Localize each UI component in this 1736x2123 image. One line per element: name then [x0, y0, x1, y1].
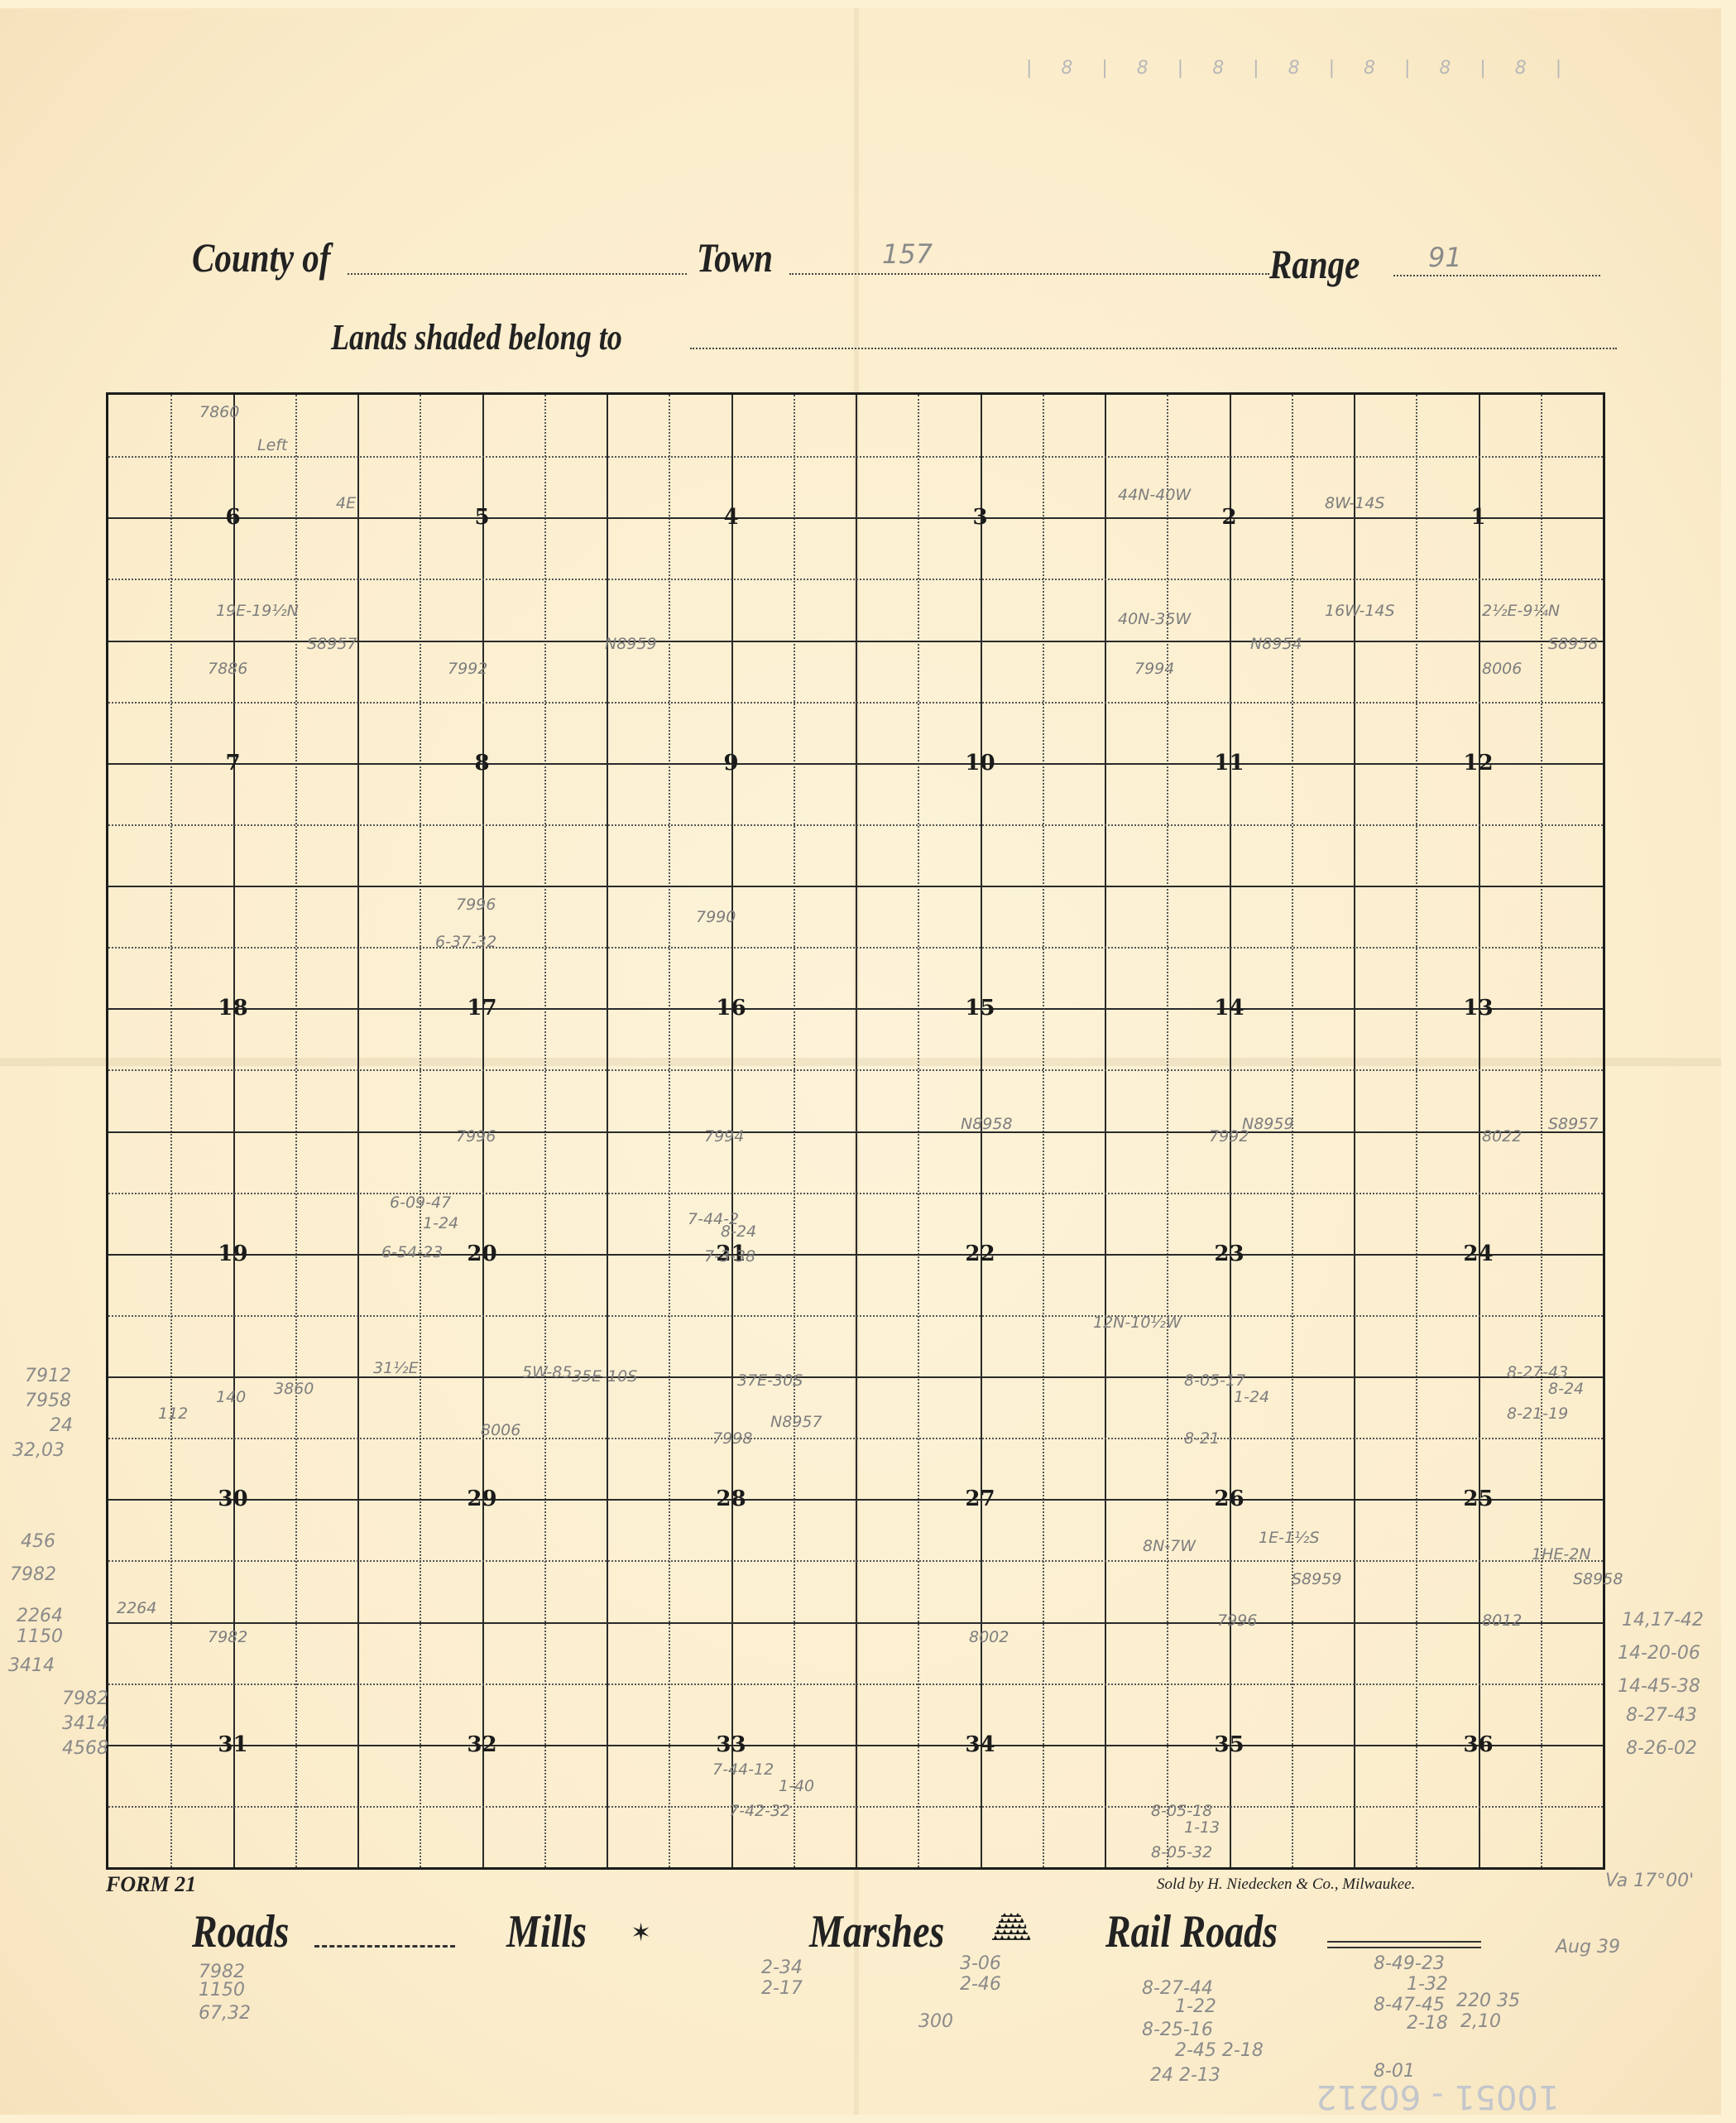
section-number[interactable]: 27 [965, 1487, 995, 1511]
pencil-annotation: 24 2-13 [1150, 2065, 1220, 2086]
section-number[interactable]: 13 [1463, 996, 1493, 1021]
pencil-annotation: 7958 [25, 1391, 71, 1411]
pencil-annotation: S8958 [1573, 1570, 1623, 1588]
town-label: Town [697, 233, 773, 281]
pencil-annotation: 7982 [208, 1628, 247, 1646]
pencil-annotation: 44N-40W [1118, 486, 1191, 504]
pencil-annotation: 67,32 [199, 2003, 251, 2024]
pencil-annotation: Aug 39 [1556, 1937, 1620, 1957]
pencil-annotation: 220 35 [1456, 1991, 1520, 2011]
pencil-annotation: 8-25-16 [1142, 2020, 1213, 2040]
pencil-annotation: 1-22 [1175, 1996, 1216, 2017]
pencil-annotation: 2,10 [1460, 2011, 1501, 2032]
pencil-annotation: 37E-30S [737, 1371, 803, 1390]
pencil-annotation: 7-3-38 [704, 1247, 755, 1266]
section-number[interactable]: 7 [225, 751, 240, 776]
pencil-annotation: 7990 [696, 908, 736, 926]
section-number[interactable]: 4 [723, 505, 738, 530]
archive-stamp: 10051 - 60212 [1316, 2077, 1559, 2116]
publisher-credit: Sold by H. Niedecken & Co., Milwaukee. [1157, 1876, 1415, 1894]
pencil-annotation: 2-46 [960, 1974, 1001, 1995]
pencil-annotation: 2264 [117, 1599, 156, 1617]
lands-shaded-label: Lands shaded belong to [331, 316, 622, 358]
pencil-annotation: 7-44-12 [712, 1760, 774, 1779]
pencil-annotation: 1150 [17, 1626, 63, 1647]
marsh-symbol-icon [991, 1911, 1031, 1944]
pencil-annotation: 456 [21, 1531, 55, 1552]
section-number[interactable]: 23 [1214, 1242, 1244, 1266]
pencil-annotation: 5W-85 [522, 1363, 572, 1381]
lands-owner-field[interactable] [690, 348, 1617, 349]
section-number[interactable]: 6 [225, 505, 240, 530]
county-field[interactable] [348, 273, 687, 275]
section-number[interactable]: 30 [218, 1487, 247, 1511]
pencil-annotation: 7996 [456, 1127, 496, 1146]
pencil-annotation: N8959 [1242, 1115, 1294, 1133]
pencil-annotation: 7982 [62, 1688, 108, 1709]
section-number[interactable]: 24 [1463, 1242, 1493, 1266]
pencil-annotation: 7982 [10, 1564, 56, 1585]
mill-star-icon: ✶ [631, 1919, 651, 1948]
section-number[interactable]: 33 [716, 1732, 746, 1757]
pencil-annotation: 8-21 [1184, 1429, 1220, 1448]
pencil-annotation: 7998 [712, 1429, 752, 1448]
section-number[interactable]: 25 [1463, 1487, 1493, 1511]
pencil-annotation: 8-01 [1374, 2061, 1415, 2082]
pencil-annotation: 4568 [62, 1738, 108, 1759]
pencil-annotation: 1E-1½S [1259, 1529, 1320, 1547]
section-number[interactable]: 31 [218, 1732, 247, 1757]
section-number[interactable]: 16 [716, 996, 746, 1021]
pencil-annotation: 8-49-23 [1374, 1953, 1445, 1974]
section-number[interactable]: 20 [467, 1242, 496, 1266]
section-number[interactable]: 26 [1214, 1487, 1244, 1511]
grid-line-horizontal [108, 1131, 1603, 1133]
grid-line-horizontal [108, 1008, 1603, 1010]
pencil-annotation: 2264 [17, 1606, 63, 1626]
grid-line-horizontal [108, 1622, 1603, 1624]
pencil-annotation: 31½E [373, 1359, 419, 1377]
pencil-annotation: 2½E-9¼N [1482, 602, 1560, 620]
pencil-annotation: 2-34 [761, 1957, 803, 1978]
pencil-annotation: 8-21-19 [1507, 1405, 1568, 1423]
grid-line-horizontal [108, 886, 1603, 887]
grid-quarter-line-horizontal [108, 1069, 1603, 1071]
pencil-annotation: 7912 [25, 1366, 71, 1386]
pencil-annotation: 8-05-18 [1151, 1802, 1212, 1820]
pencil-annotation: N8954 [1250, 635, 1302, 653]
pencil-annotation: 7-42-32 [729, 1802, 790, 1820]
section-number[interactable]: 8 [474, 751, 489, 776]
pencil-annotation: 8006 [1482, 660, 1522, 678]
section-number[interactable]: 11 [1214, 751, 1244, 776]
pencil-annotation: 2-18 [1407, 2013, 1448, 2034]
range-label: Range [1269, 240, 1360, 288]
pencil-annotation: 1-40 [779, 1777, 814, 1795]
pencil-annotation: N8957 [770, 1413, 822, 1431]
pencil-annotation: 7996 [1217, 1611, 1257, 1630]
grid-line-horizontal [108, 1376, 1603, 1378]
grid-quarter-line-horizontal [108, 579, 1603, 580]
grid-quarter-line-horizontal [108, 1438, 1603, 1439]
section-number[interactable]: 10 [965, 751, 995, 776]
town-field[interactable] [789, 273, 1269, 275]
legend-roads-symbol [314, 1945, 455, 1948]
pencil-annotation: 24 [50, 1415, 73, 1436]
pencil-annotation: 4E [336, 494, 356, 512]
grid-quarter-line-horizontal [108, 1806, 1603, 1808]
pencil-annotation: 3414 [8, 1655, 55, 1676]
section-number[interactable]: 15 [965, 996, 995, 1021]
pencil-annotation: 7992 [448, 660, 487, 678]
grid-quarter-line-horizontal [108, 1315, 1603, 1317]
section-number[interactable]: 36 [1463, 1732, 1493, 1757]
range-value: 91 [1428, 242, 1462, 273]
pencil-annotation: 14,17-42 [1622, 1610, 1704, 1631]
grid-quarter-line-horizontal [108, 702, 1603, 704]
section-number[interactable]: 3 [972, 505, 987, 530]
town-value: 157 [882, 238, 933, 270]
pencil-annotation: 8006 [481, 1421, 520, 1439]
pencil-annotation: 6-09-47 [390, 1194, 451, 1212]
township-grid: 6543217891011121817161514131920212223243… [106, 392, 1605, 1870]
section-number[interactable]: 32 [467, 1732, 496, 1757]
section-number[interactable]: 2 [1221, 505, 1236, 530]
pencil-annotation: 8-24 [1548, 1380, 1584, 1398]
pencil-annotation: 1-24 [423, 1214, 458, 1232]
pencil-annotation: 40N-35W [1118, 610, 1191, 628]
pencil-annotation: S8958 [1548, 635, 1598, 653]
pencil-annotation: 8012 [1482, 1611, 1522, 1630]
pencil-annotation: 6-37-32 [435, 933, 496, 951]
section-number[interactable]: 29 [467, 1487, 496, 1511]
pencil-annotation: 8-05-17 [1184, 1371, 1245, 1390]
pencil-annotation: 7994 [704, 1127, 744, 1146]
legend-railroads-symbol [1327, 1941, 1481, 1948]
pencil-annotation: 12N-10½W [1093, 1314, 1182, 1332]
pencil-annotation: 7860 [199, 403, 239, 421]
section-number[interactable]: 22 [965, 1242, 995, 1266]
section-number[interactable]: 35 [1214, 1732, 1244, 1757]
county-label: County of [192, 233, 330, 281]
grid-quarter-line-horizontal [108, 947, 1603, 949]
pencil-annotation: 3414 [62, 1713, 108, 1734]
pencil-annotation: Left [257, 436, 287, 454]
pencil-annotation: 7994 [1134, 660, 1174, 678]
pencil-annotation: 8-27-43 [1626, 1705, 1697, 1726]
pencil-annotation: 3-06 [960, 1953, 1001, 1974]
grid-quarter-line-horizontal [108, 1684, 1603, 1685]
pencil-annotation: 8002 [969, 1628, 1009, 1646]
pencil-annotation: 3860 [274, 1380, 314, 1398]
pencil-annotation: 2-45 2-18 [1175, 2040, 1264, 2061]
pencil-annotation: 8W-14S [1325, 494, 1385, 512]
pencil-annotation: 8-27-43 [1507, 1363, 1568, 1381]
section-number[interactable]: 1 [1470, 505, 1485, 530]
section-number[interactable]: 9 [723, 751, 738, 776]
grid-line-horizontal [108, 517, 1603, 519]
section-number[interactable]: 19 [218, 1242, 247, 1266]
grid-line-horizontal [108, 1745, 1603, 1746]
legend-railroads-label: Rail Roads [1105, 1905, 1278, 1958]
pencil-annotation: 112 [158, 1405, 188, 1423]
pencil-annotation: S8959 [1292, 1570, 1341, 1588]
pencil-annotation: 6-54-23 [381, 1243, 443, 1261]
section-number[interactable]: 5 [474, 505, 489, 530]
pencil-annotation: 8N-7W [1143, 1537, 1196, 1555]
grid-line-horizontal [108, 763, 1603, 765]
pencil-annotation: 14-20-06 [1618, 1643, 1700, 1664]
grid-line-horizontal [108, 1254, 1603, 1256]
section-number[interactable]: 28 [716, 1487, 746, 1511]
pencil-annotation: 2-17 [761, 1978, 803, 1999]
grid-line-horizontal [108, 1499, 1603, 1501]
pencil-annotation: 1-13 [1184, 1818, 1220, 1837]
pencil-annotation: N8958 [961, 1115, 1013, 1133]
pencil-annotation: 300 [918, 2011, 953, 2032]
pencil-annotation: S8957 [307, 635, 357, 653]
grid-quarter-line-horizontal [108, 824, 1603, 826]
section-number[interactable]: 12 [1463, 751, 1493, 776]
pencil-annotation: Va 17°00' [1605, 1871, 1694, 1891]
grid-quarter-line-horizontal [108, 1193, 1603, 1194]
pencil-annotation: S8957 [1548, 1115, 1598, 1133]
pencil-annotation: 8-24 [721, 1222, 756, 1241]
pencil-annotation: 7996 [456, 896, 496, 914]
pencil-annotation: 1-24 [1234, 1388, 1269, 1406]
pencil-annotation: 14-45-38 [1618, 1676, 1700, 1697]
pencil-annotation: 32,03 [12, 1440, 65, 1461]
grid-quarter-line-horizontal [108, 1560, 1603, 1562]
pencil-annotation: 19E-19½N [216, 602, 299, 620]
form-number: FORM 21 [106, 1872, 196, 1897]
pencil-annotation: 140 [216, 1388, 246, 1406]
section-number[interactable]: 18 [218, 996, 247, 1021]
pencil-annotation: 1HE-2N [1532, 1545, 1591, 1563]
pencil-annotation: 8-05-32 [1151, 1843, 1212, 1861]
grid-quarter-line-horizontal [108, 456, 1603, 458]
pencil-annotation: N8959 [605, 635, 657, 653]
section-number[interactable]: 14 [1214, 996, 1244, 1021]
pencil-annotation: 8-26-02 [1626, 1738, 1697, 1759]
legend-marshes-label: Marshes [809, 1905, 944, 1958]
legend-mills-label: Mills [506, 1905, 587, 1958]
pencil-annotation: 7886 [208, 660, 247, 678]
pencil-annotation: 1-32 [1407, 1974, 1448, 1995]
section-number[interactable]: 17 [467, 996, 496, 1021]
pencil-annotation: 16W-14S [1325, 602, 1395, 620]
legend-roads-label: Roads [192, 1905, 289, 1958]
range-field[interactable] [1393, 275, 1600, 276]
section-number[interactable]: 34 [965, 1732, 995, 1757]
pencil-annotation: 35E-10S [572, 1367, 637, 1386]
pencil-annotation: 8022 [1482, 1127, 1522, 1146]
pencil-annotation: 1150 [199, 1980, 245, 2001]
margin-pencil-columns: | 8 | 8 | 8 | 8 | 8 | 8 | 8 | [1026, 58, 1573, 79]
